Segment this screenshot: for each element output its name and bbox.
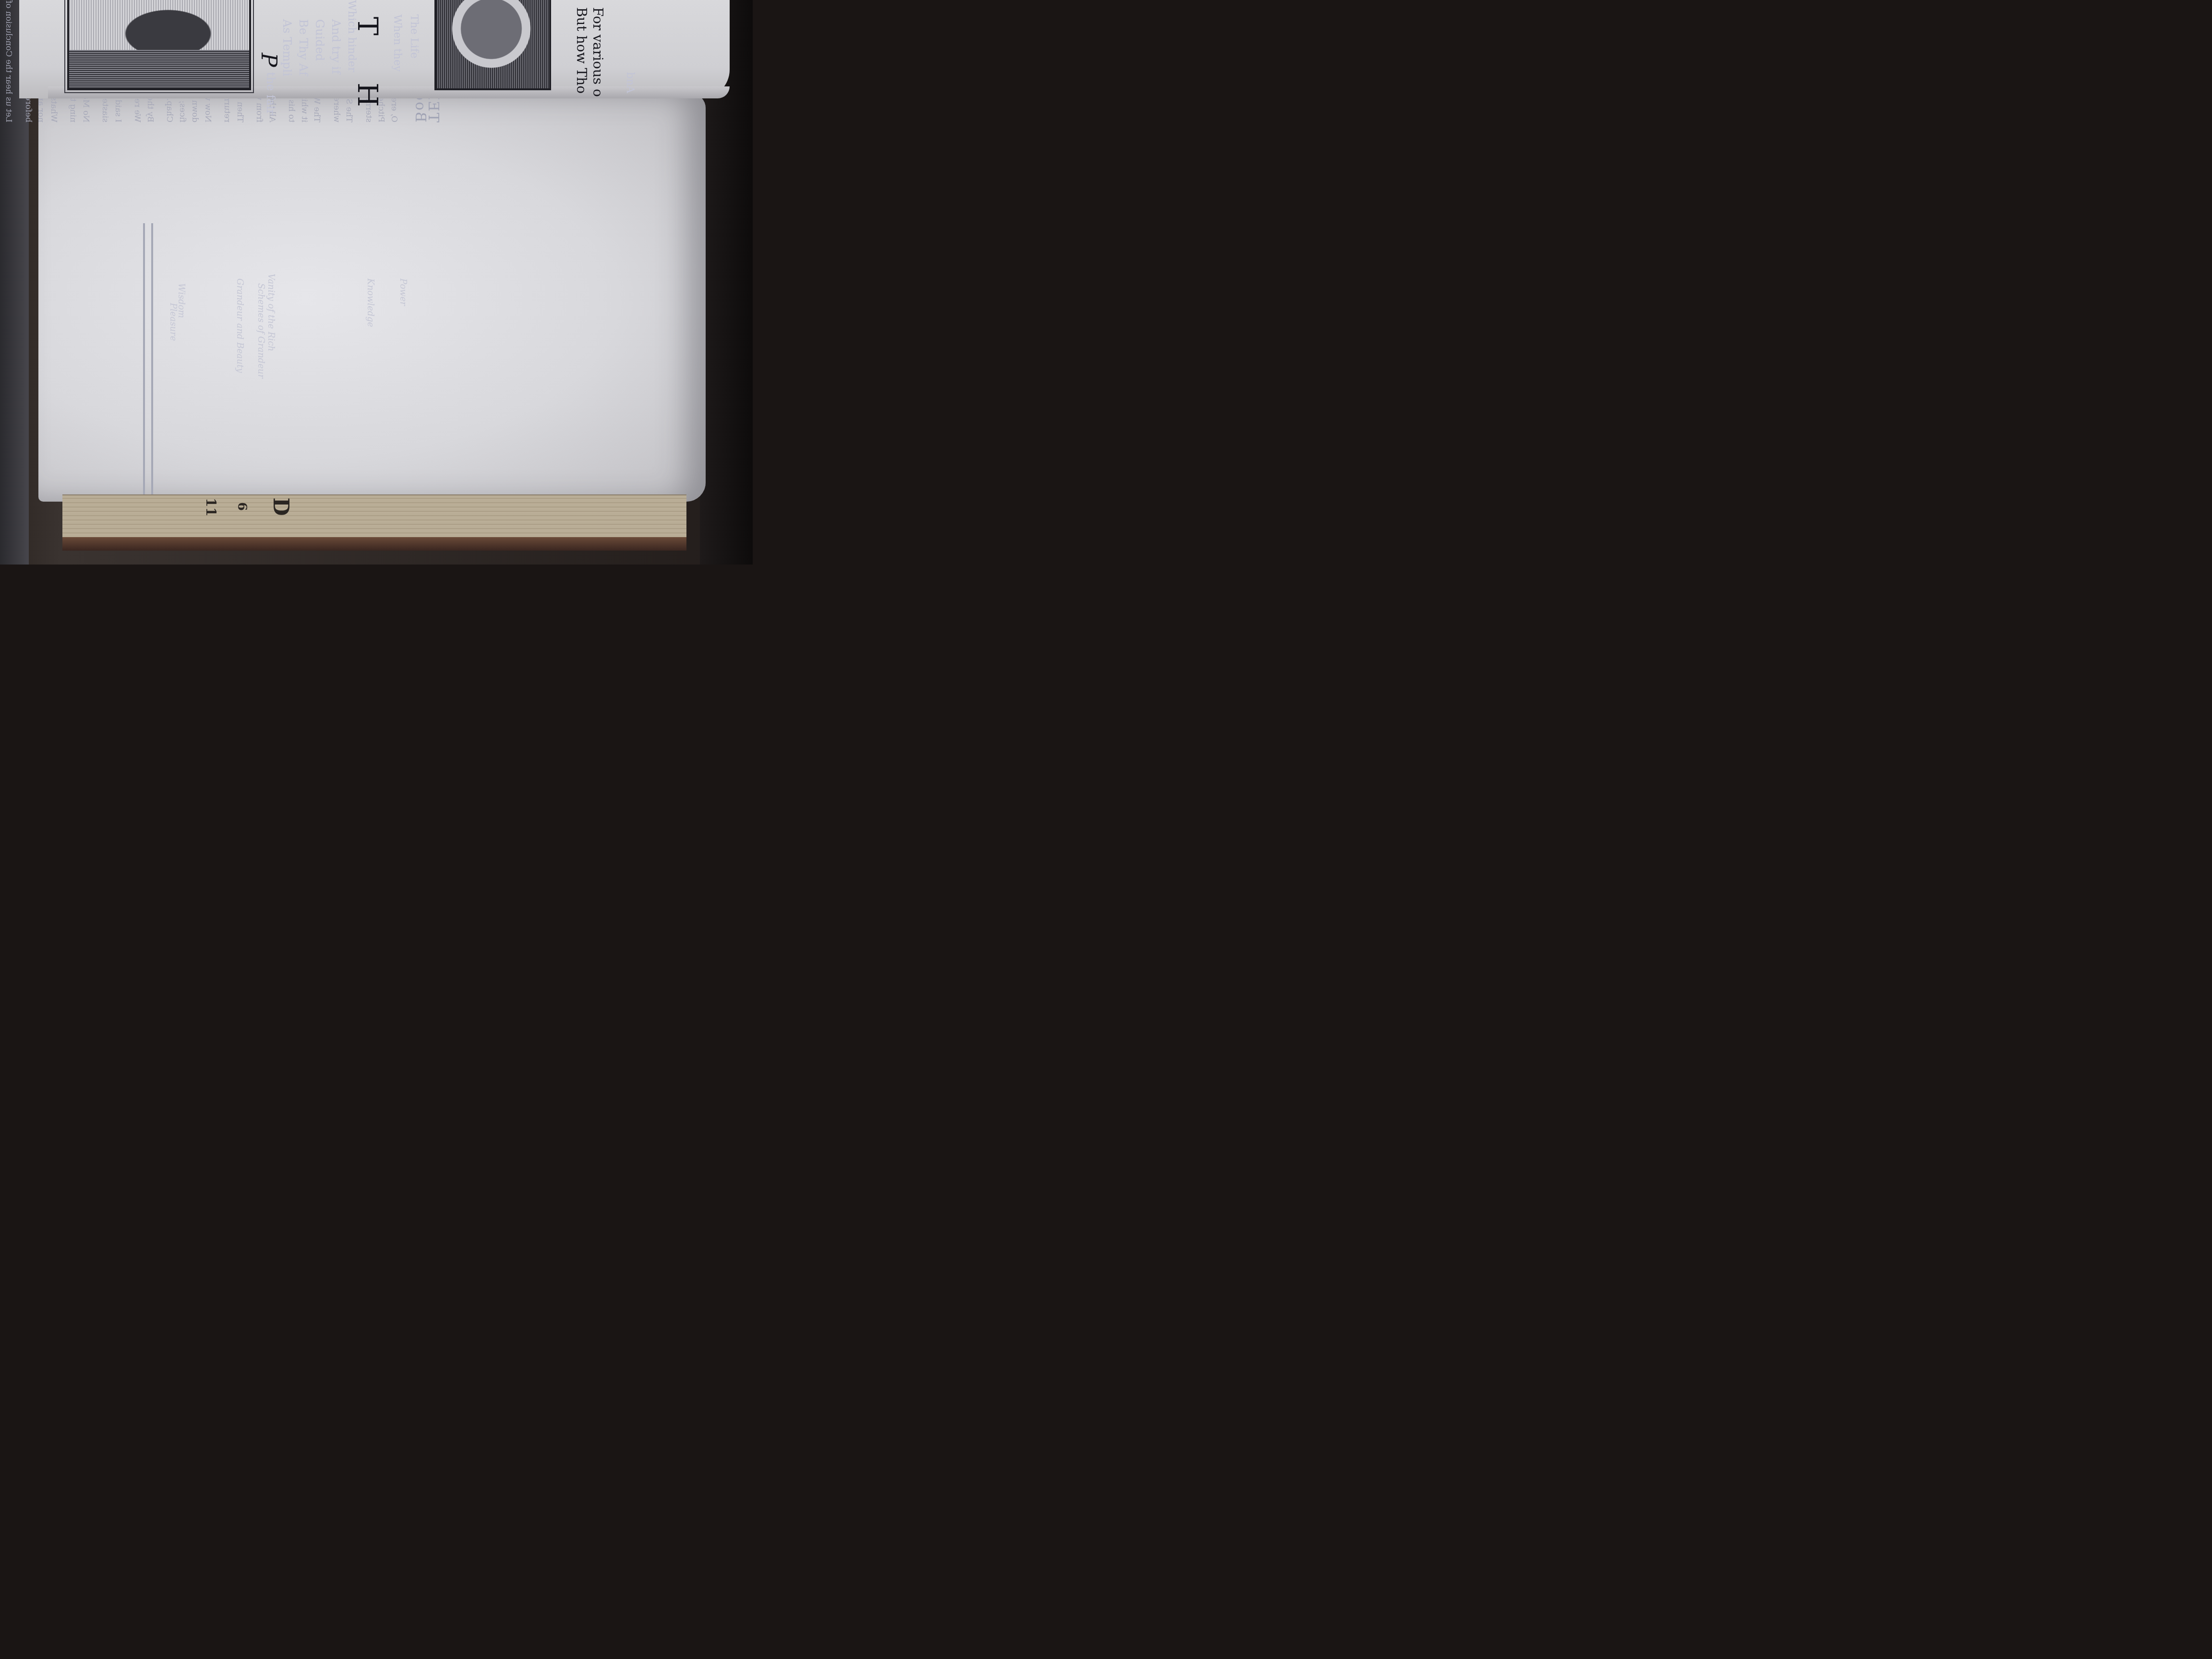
top-line-lower: For various o (590, 7, 606, 97)
top-line-lower: But how Tho (574, 7, 589, 94)
page-edges (62, 494, 686, 541)
edge-mark: 6 (235, 502, 249, 511)
faint-top-line: The Life (408, 14, 420, 59)
top-line: the fair (264, 72, 277, 115)
faint-italic-heading: Grandeur and Beauty (235, 278, 245, 373)
top-line: And try if (329, 19, 343, 74)
edge-mark: D (268, 497, 293, 516)
faint-italic-heading: Knowledge (365, 278, 375, 327)
faint-word: bnA (624, 72, 636, 93)
faint-italic-heading: Schemes of Grandeur (256, 283, 266, 378)
heading-rule-inner (151, 223, 153, 535)
faint-top-line: Which hinder (346, 0, 358, 72)
faint-top-line: When they (391, 14, 403, 72)
medallion-engraving (434, 0, 551, 90)
faint-italic-heading: Vanity of the Rich (266, 274, 276, 351)
faint-italic-heading: Wisdom (176, 283, 186, 318)
verse-line: his Commandments: for this is the whole … (0, 0, 2, 122)
engraving-illustration (67, 0, 251, 90)
heading-rule-outer (143, 223, 145, 535)
edge-mark: 11 (203, 498, 219, 517)
top-line: Guided (313, 19, 326, 61)
faint-italic-heading: Power (398, 278, 408, 306)
top-line: Be Thy Af (297, 19, 310, 76)
top-line: As Templi (280, 19, 294, 76)
verse-line: Let us hear the Conclusion of the whole … (2, 0, 15, 122)
drop-cap: P (256, 53, 281, 67)
